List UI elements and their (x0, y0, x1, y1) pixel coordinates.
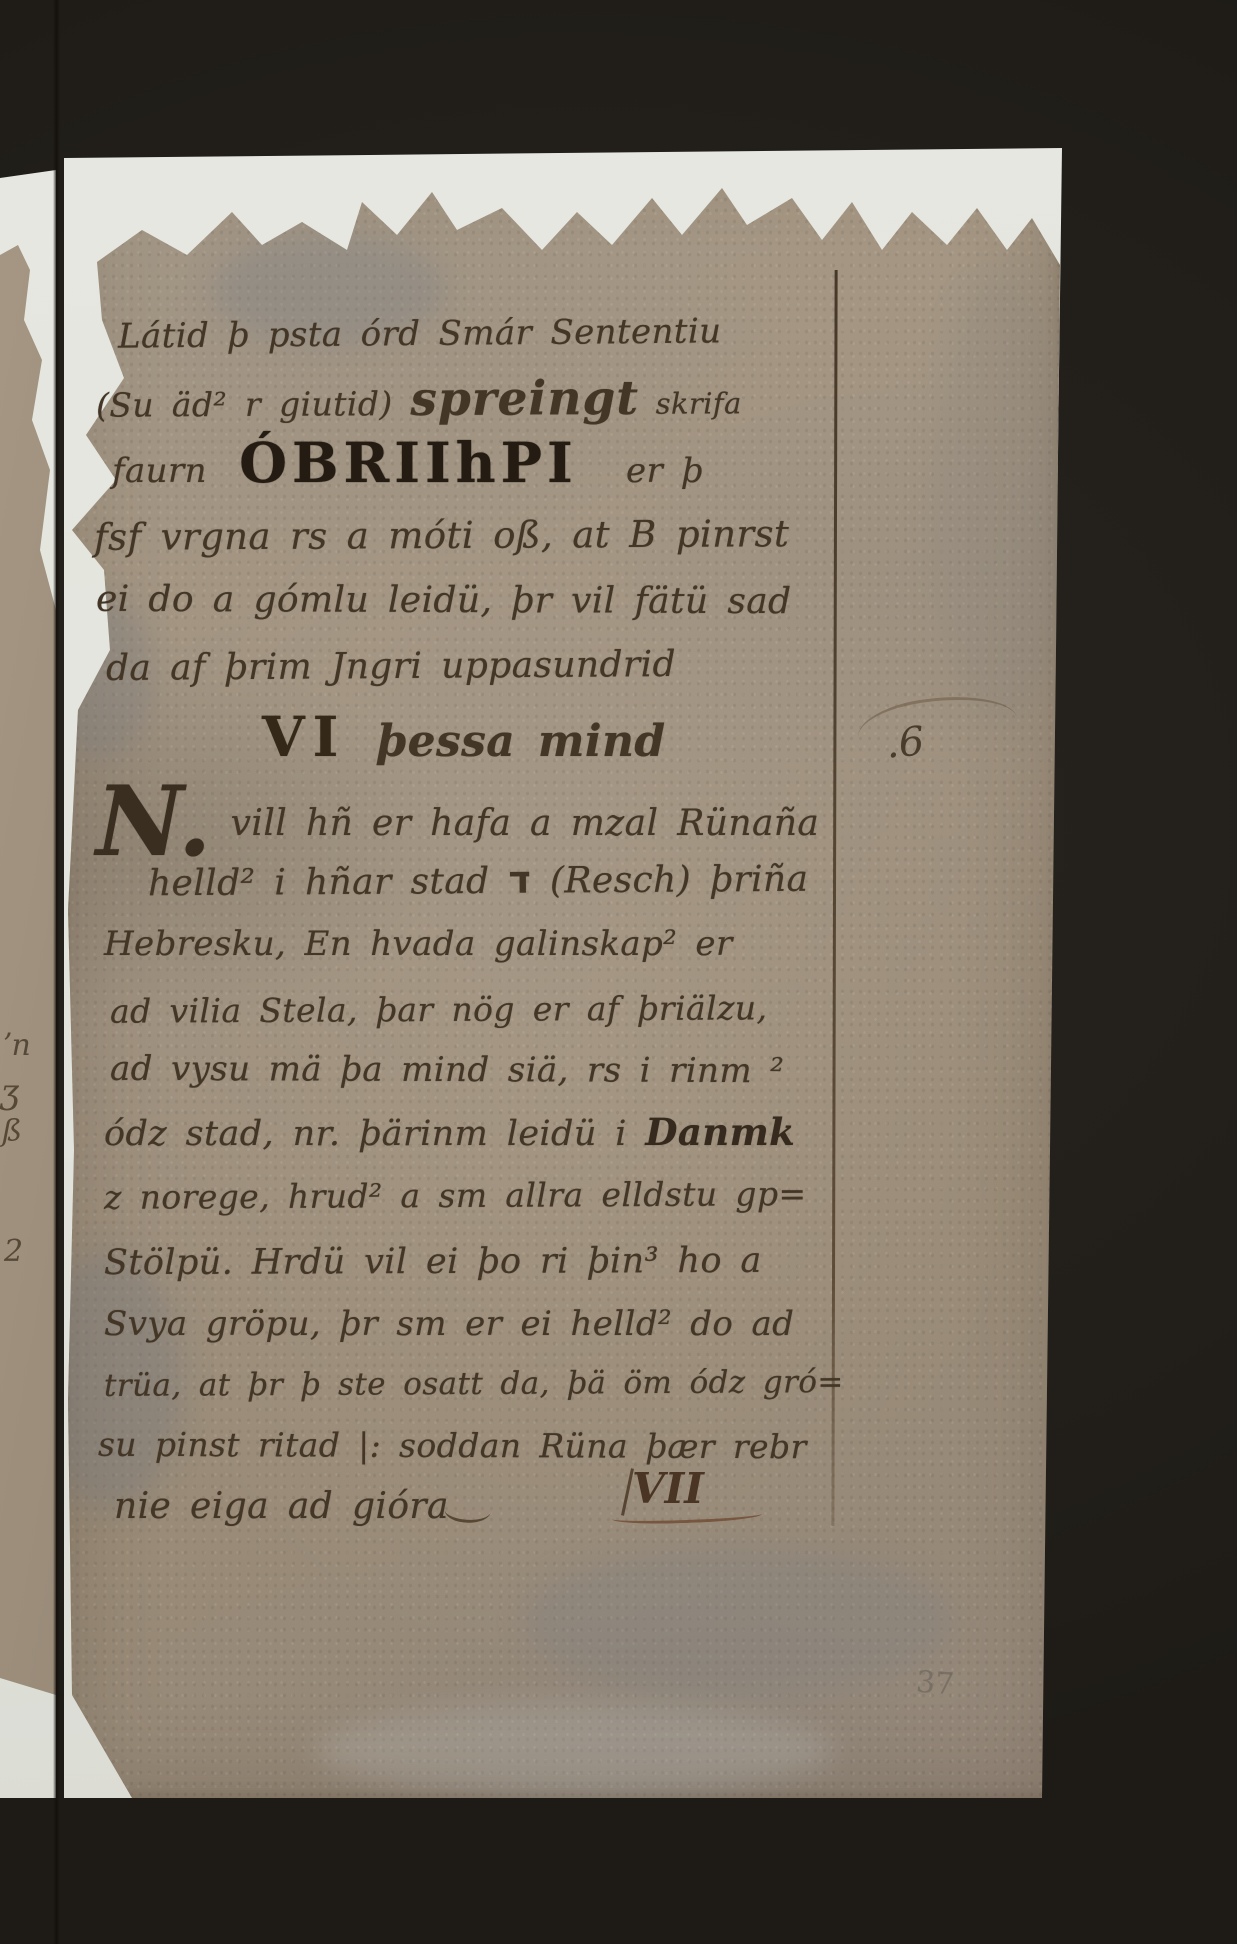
stain (932, 270, 1072, 730)
line-text: da af þrim Jngri uppasundrid (106, 644, 676, 689)
text-line: ei do a gómlu leidü, þr vil fätü sad (96, 579, 792, 622)
next-section-mark: VII (632, 1464, 704, 1513)
section-title: þessa mind (376, 716, 665, 767)
text-line: helld² i hñar stad ד (Resch) þriña (148, 856, 809, 905)
emphasized-word: Danmk (645, 1110, 795, 1154)
text-line: Hebresku, En hvada galinskap² er (104, 924, 733, 964)
line-text: (Su äd² r giutid) (96, 384, 411, 425)
margin-fragment: ß (2, 1114, 22, 1149)
line-text: z norege, hrud² a sm allra elldstu gp= (104, 1174, 807, 1217)
line-text: nie eiga ad gióra (114, 1486, 449, 1527)
pencil-number: 37 (915, 1665, 956, 1703)
line-text: su pinst ritad |: soddan Rüna þær rebr (98, 1425, 807, 1466)
line-text: er þ (608, 451, 704, 491)
text-line: Stölpü. Hrdü vil ei þo ri þin³ ho a (104, 1241, 762, 1283)
stain (524, 1545, 954, 1695)
line-text: ódz stad, nr. þärinm leidü i (104, 1114, 645, 1154)
text-line: (Su äd² r giutid) spreingt skrifa (96, 370, 742, 428)
margin-fragment: ʒ (0, 1072, 19, 1112)
hebrew-letter: ד (508, 858, 531, 902)
line-text: Hebresku, En hvada galinskap² er (104, 924, 733, 964)
text-line: ad vilia Stela, þar nög er af þriälzu, (110, 988, 768, 1030)
text-line: da af þrim Jngri uppasundrid (106, 644, 676, 689)
margin-fragment: 2 (4, 1234, 23, 1269)
line-text: ad vilia Stela, þar nög er af þriälzu, (110, 988, 768, 1030)
line-text: faurn (112, 451, 225, 491)
line-text: vill hñ er hafa a mzal Rünaña (212, 803, 819, 844)
line-text: ad vysu mä þa mind siä, rs i rinm ² (110, 1049, 784, 1091)
line-text: skrifa (639, 386, 742, 421)
section-numeral: VI (262, 704, 346, 769)
text-line: Svya gröpu, þr sm er ei helld² do ad (104, 1304, 794, 1344)
text-line: Látid þ psta órd Smár Sententiu (118, 311, 722, 356)
text-line: z norege, hrud² a sm allra elldstu gp= (104, 1174, 807, 1217)
margin-fragment: ʼn (2, 1028, 31, 1063)
text-line: ódz stad, nr. þärinm leidü i Danmk (104, 1110, 795, 1154)
text-line: fsf vrgna rs a móti oß, at B pinrst (94, 512, 789, 559)
line-text: ei do a gómlu leidü, þr vil fätü sad (96, 579, 792, 622)
text-line: N. vill hñ er hafa a mzal Rünaña (96, 788, 819, 855)
line-text: helld² i hñar stad (148, 861, 509, 905)
text-line: ad vysu mä þa mind siä, rs i rinm ² (110, 1049, 784, 1091)
display-word: ÓBRIIhPI (239, 430, 578, 495)
page-gutter-seam (53, 0, 60, 1944)
text-line: nie eiga ad gióra (114, 1486, 449, 1527)
folio-number: .6 (884, 718, 926, 767)
section-heading: VIþessa mind (262, 704, 666, 769)
line-text: (Resch) þriña (531, 859, 809, 902)
photo-background: Látid þ psta órd Smár Sententiu (Su äd² … (0, 0, 1237, 1944)
line-text: Látid þ psta órd Smár Sententiu (118, 311, 722, 356)
line-text: Stölpü. Hrdü vil ei þo ri þin³ ho a (104, 1241, 762, 1283)
line-text: fsf vrgna rs a móti oß, at B pinrst (94, 512, 789, 559)
text-line: faurn ÓBRIIhPI er þ (112, 430, 704, 495)
text-line: trüa, at þr þ ste osatt da, þä öm ódz gr… (104, 1364, 844, 1404)
line-text: trüa, at þr þ ste osatt da, þä öm ódz gr… (104, 1364, 844, 1404)
line-text: Svya gröpu, þr sm er ei helld² do ad (104, 1304, 794, 1344)
stain (314, 1705, 834, 1795)
text-line: su pinst ritad |: soddan Rüna þær rebr (98, 1425, 807, 1466)
emphasized-word: spreingt (410, 371, 639, 427)
